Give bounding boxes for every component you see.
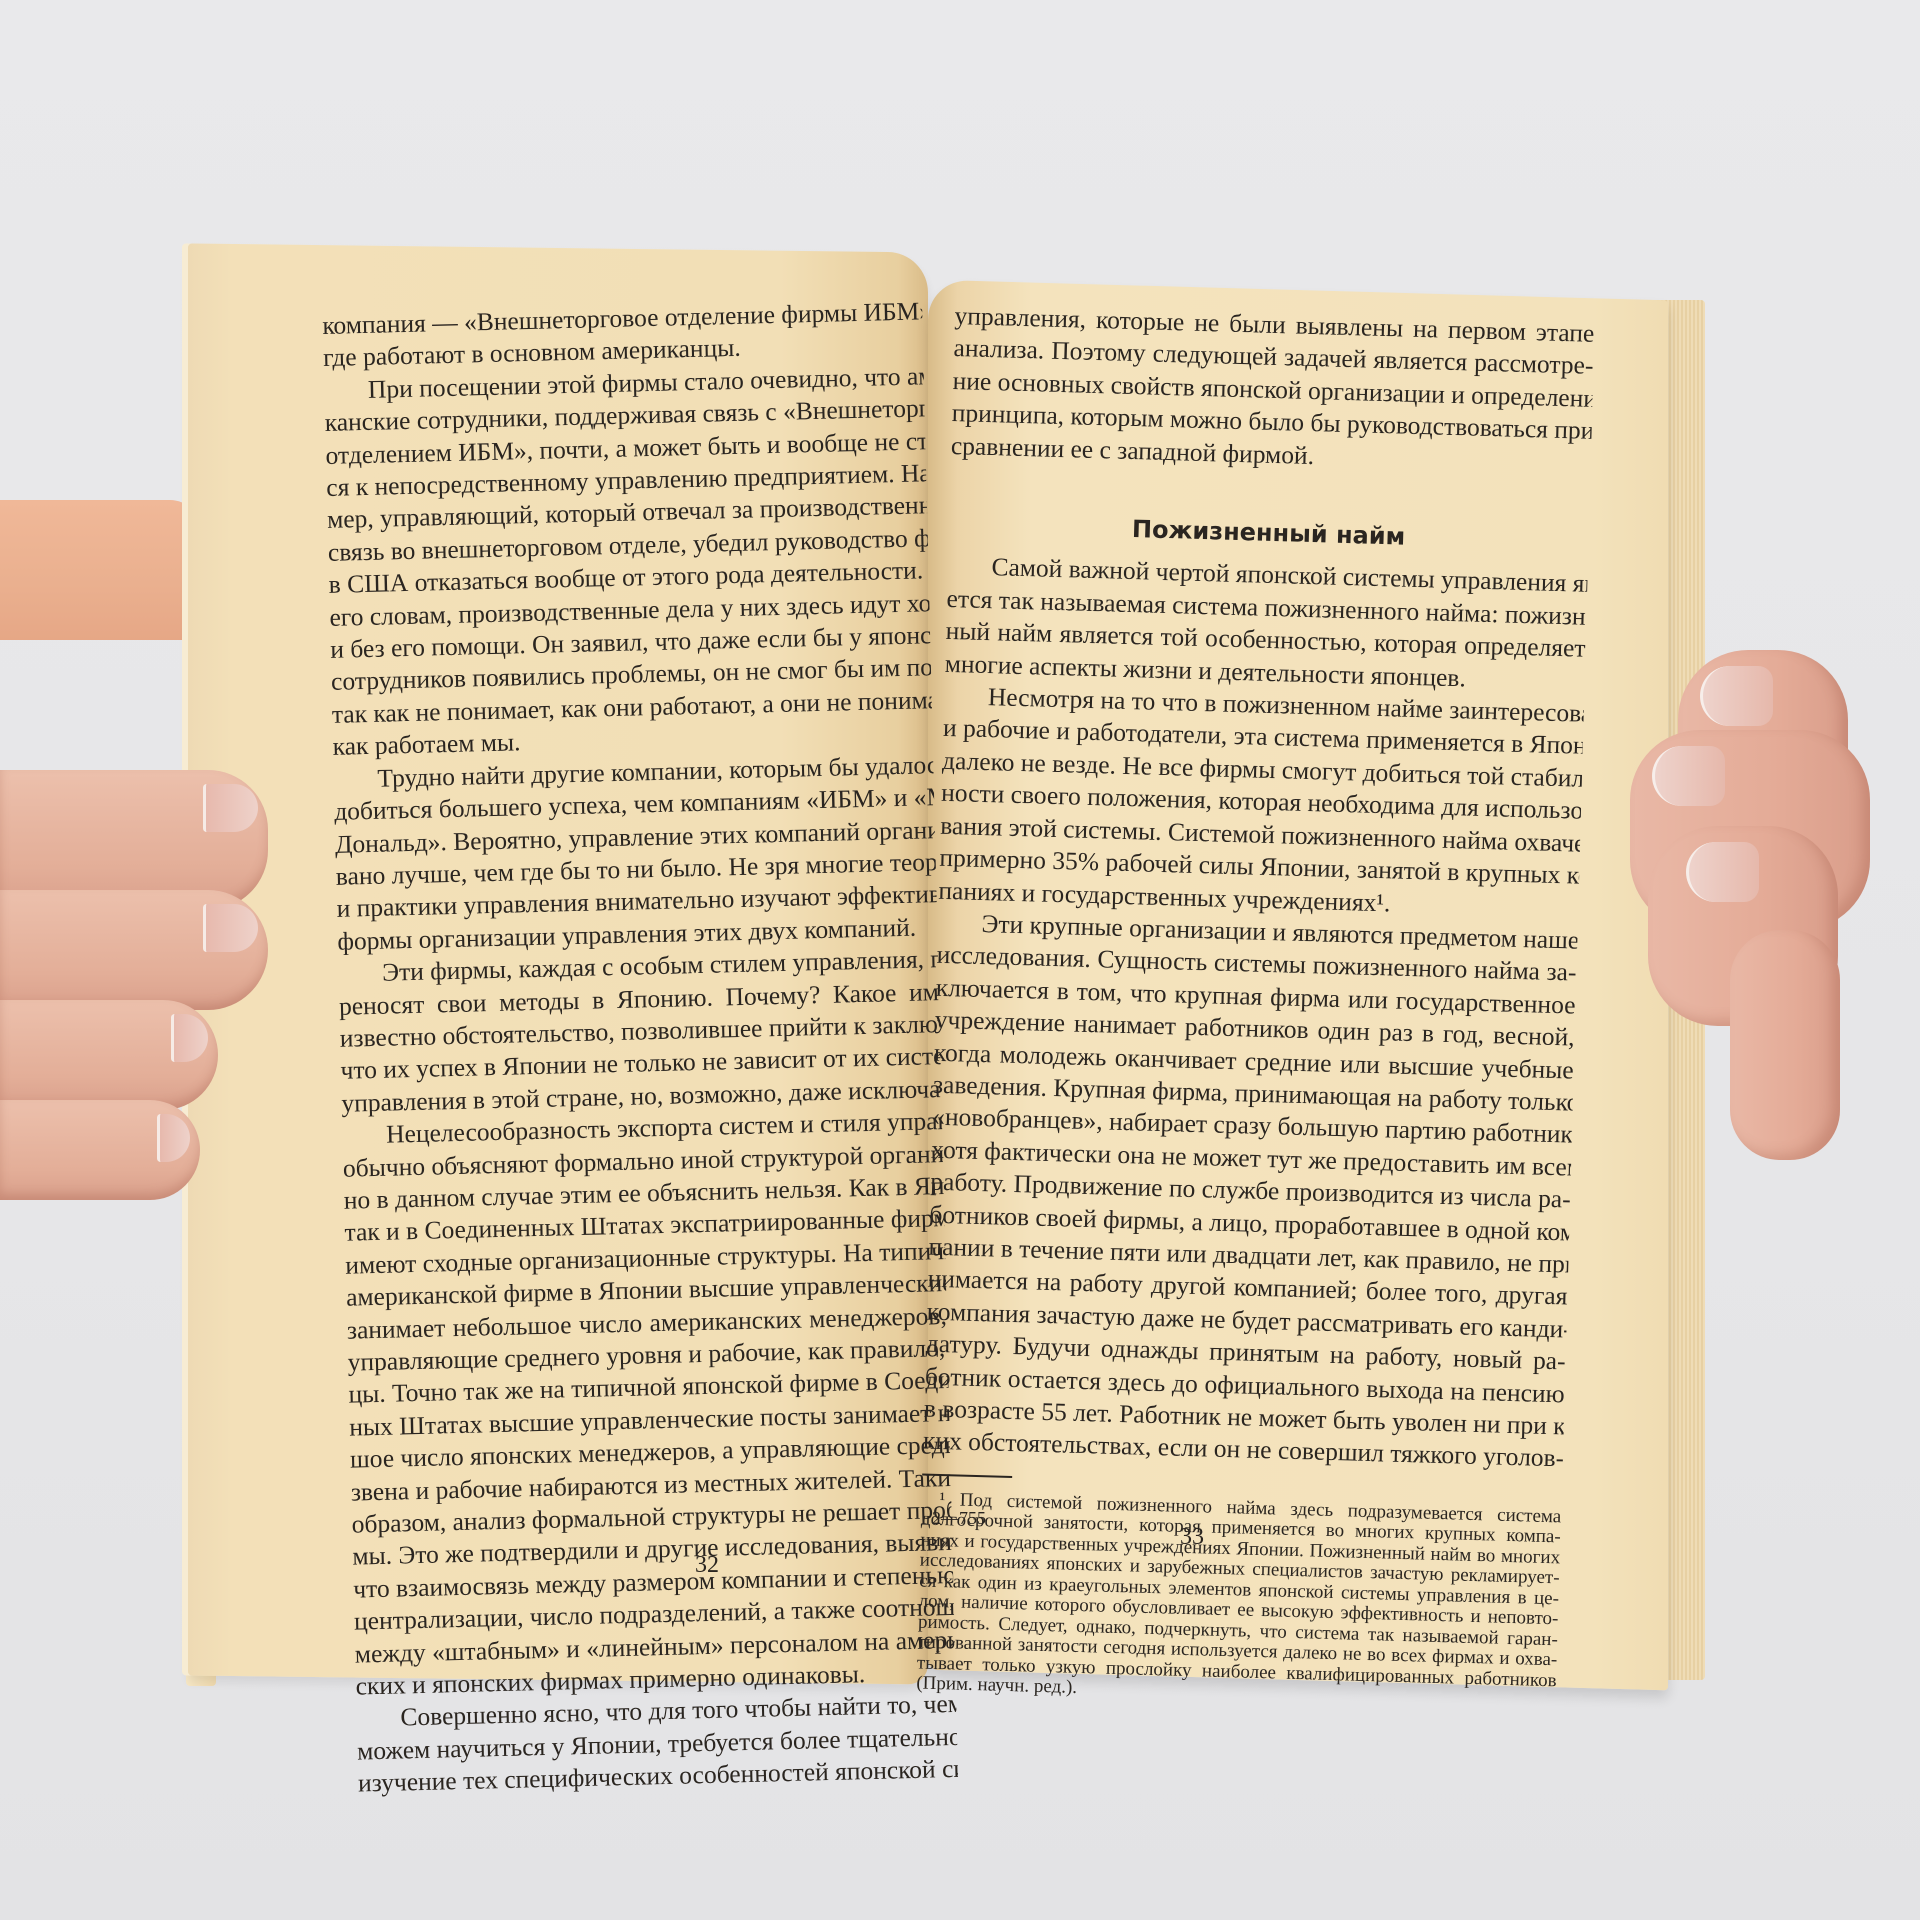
left-middle-finger	[0, 890, 268, 1010]
left-hand	[0, 620, 250, 1210]
left-ring-finger	[0, 1000, 218, 1110]
right-page-body: Самой важной чертой японской системы упр…	[923, 550, 1588, 1475]
page-number-left: 32	[695, 1552, 719, 1579]
left-page-text: компания — «Внешнеторговое отделение фир…	[322, 295, 958, 1800]
left-index-finger	[0, 770, 268, 910]
right-page-top-paragraph: управления, которые не были выявлены на …	[950, 300, 1594, 480]
footnote-divider	[922, 1473, 1012, 1478]
right-hand	[1620, 630, 1880, 1170]
page-number-right: 33	[1180, 1524, 1204, 1551]
right-little-finger	[1730, 930, 1840, 1160]
footnote: ¹ Под системой пожизненного найма здесь …	[916, 1489, 1561, 1712]
left-little-finger	[0, 1100, 200, 1200]
photo-scene: компания — «Внешнеторговое отделение фир…	[0, 0, 1920, 1920]
right-page-text: управления, которые не были выявлены на …	[916, 300, 1595, 1712]
left-forearm	[0, 500, 200, 640]
printer-signature-mark: 2—755	[932, 1508, 986, 1529]
section-heading: Пожизненный найм	[948, 508, 1589, 558]
